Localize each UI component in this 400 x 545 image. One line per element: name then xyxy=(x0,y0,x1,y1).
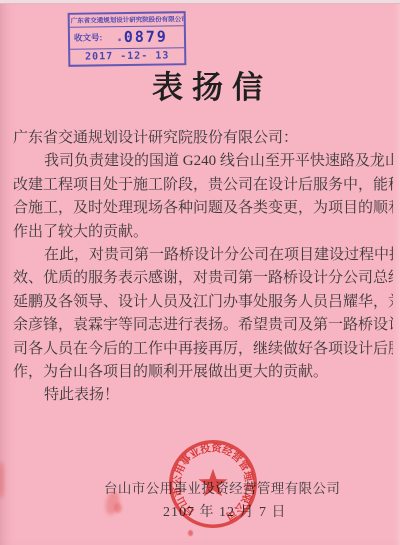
letter-line: 改建工程项目处于施工阶段，贵公司在设计后服务中，能积极配 xyxy=(13,174,393,197)
letter-line: 广东省交通规划设计研究院股份有限公司： xyxy=(13,127,393,150)
letter-body: 广东省交通规划设计研究院股份有限公司： 我司负责建设的国道 G240 线台山至开… xyxy=(13,127,393,408)
letter-page: 广东省交通规划设计研究院股份有限公司 收文号: . 0879 2017 -12-… xyxy=(0,0,400,545)
letter-line: 在此，对贵司第一路桥设计分公司在项目建设过程中提供高 xyxy=(13,244,393,267)
letter-line: 作出了较大的贡献。 xyxy=(13,221,393,244)
letter-line: 余彦锋，袁霖宇等同志进行表扬。希望贵司及第一路桥设计分公 xyxy=(13,314,393,337)
letter-line: 我司负责建设的国道 G240 线台山至开平快速路及龙山支线 xyxy=(13,150,393,173)
received-stamp: 广东省交通规划设计研究院股份有限公司 收文号: . 0879 2017 -12-… xyxy=(68,11,187,67)
ink-speck: . xyxy=(115,30,124,46)
letter-line: 特此表扬！ xyxy=(13,384,393,407)
scan-edge xyxy=(0,0,400,4)
letter-line: 延鹏及各领导、设计人员及江门办事处服务人员吕耀华，刘长海， xyxy=(13,291,393,314)
letter-line: 效、优质的服务表示感谢，对贵司第一路桥设计分公司总经理林 xyxy=(13,267,393,290)
ink-smudge xyxy=(0,462,4,498)
letter-line: 合施工，及时处理现场各种问题及各类变更，为项目的顺利开展 xyxy=(13,197,393,220)
letter-title: 表扬信 xyxy=(152,62,272,107)
seal-star-icon xyxy=(198,469,227,497)
letter-line: 司各人员在今后的工作中再接再厉，继续做好各项设计后服务工 xyxy=(13,338,393,361)
letter-line: 作，为台山各项目的顺利开展做出更大的贡献。 xyxy=(13,361,393,384)
received-stamp-field-label: 收文号: xyxy=(74,32,103,44)
ink-smudge xyxy=(114,503,122,513)
received-stamp-number: 0879 xyxy=(124,28,168,47)
company-seal: 台山市公用事业投资经营管理有限公司 xyxy=(157,428,269,540)
received-stamp-number-row: 收文号: . 0879 xyxy=(70,26,184,49)
